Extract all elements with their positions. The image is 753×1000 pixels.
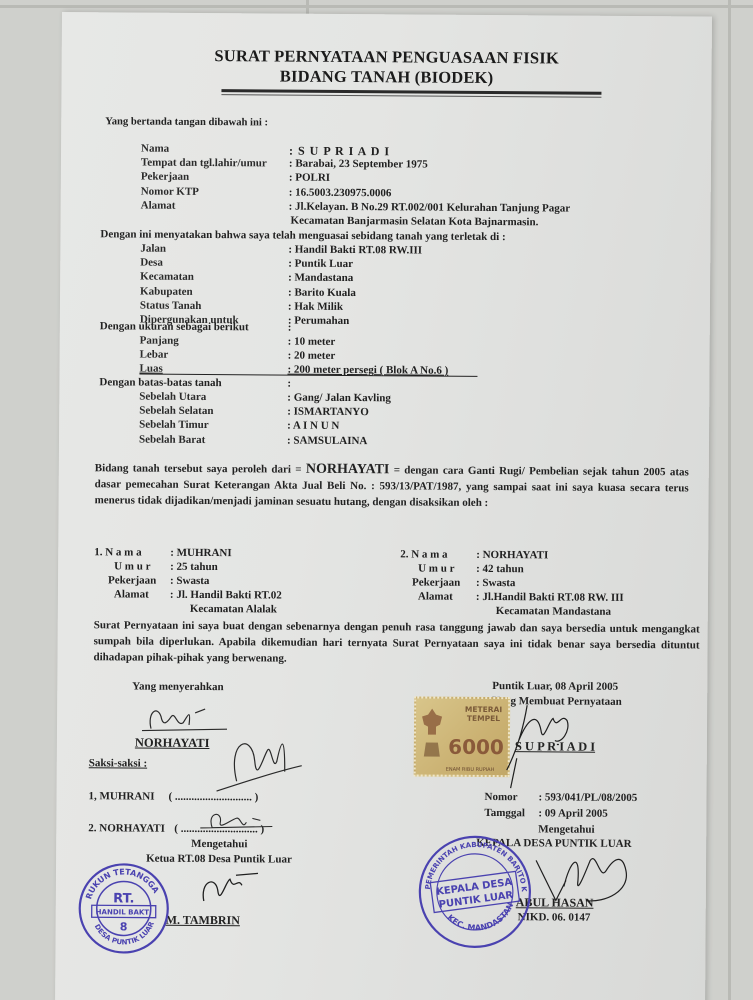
location-section: Jalan: Handil Bakti RT.08 RW.IIIDesa: Pu… bbox=[62, 12, 712, 17]
document-page: SURAT PERNYATAAN PENGUASAAN FISIK BIDANG… bbox=[55, 12, 712, 1000]
border-field-label: Sebelah Timur bbox=[139, 419, 209, 431]
declarant-field-value: : 16.5003.230975.0006 bbox=[289, 186, 392, 199]
rt-official-stamp: RUKUN TETANGGA DESA PUNTIK LUAR RT. HAND… bbox=[75, 860, 172, 957]
nomor-label: Nomor bbox=[484, 791, 517, 803]
declarant-address-line2: Kecamatan Banjarmasin Selatan Kota Bajna… bbox=[291, 215, 539, 229]
location-intro: Dengan ini menyatakan bahwa saya telah m… bbox=[100, 228, 505, 243]
size-colon: : bbox=[288, 322, 292, 334]
rt-signature bbox=[196, 871, 266, 911]
rt-stamp-center: RT. bbox=[113, 891, 134, 906]
witness-address: : Jl.Handil Bakti RT.08 RW. III bbox=[476, 591, 624, 604]
witness-age: : 42 tahun bbox=[476, 563, 524, 575]
border-field-label: Sebelah Utara bbox=[139, 391, 206, 403]
acquisition-paragraph: Bidang tanah tersebut saya peroleh dari … bbox=[95, 460, 689, 512]
witness-job-label: Pekerjaan bbox=[108, 574, 156, 586]
border-field-value: : A I N U N bbox=[287, 420, 339, 432]
witnesses-label: Saksi-saksi : bbox=[89, 757, 147, 769]
witness-age-label: U m u r bbox=[418, 562, 454, 574]
witness-name: : MUHRANI bbox=[170, 547, 232, 559]
village-official-stamp: PEMERINTAH KABUPATEN BARITO KUALA KEC. M… bbox=[415, 832, 534, 951]
place-date: Puntik Luar, 08 April 2005 bbox=[492, 680, 618, 693]
location-field-label: Desa bbox=[140, 257, 163, 269]
witness-job: : Swasta bbox=[476, 577, 516, 589]
witness2-signature bbox=[196, 808, 276, 839]
revenue-stamp: METERAITEMPEL 6000 ENAM RIBU RUPIAH bbox=[414, 696, 511, 777]
nomor-value: : 593/041/PL/08/2005 bbox=[538, 791, 637, 804]
witness1-name: 1, MUHRANI bbox=[88, 790, 154, 802]
witness-address-line2: Kecamatan Alalak bbox=[190, 603, 277, 616]
title-rule-thin bbox=[221, 94, 601, 98]
tanggal-label: Tamggal bbox=[484, 807, 525, 819]
witness-address-label: Alamat bbox=[418, 590, 453, 602]
border-field-value: : ISMARTANYO bbox=[287, 406, 369, 419]
location-field-value: : Puntik Luar bbox=[288, 258, 353, 270]
tanggal-value: : 09 April 2005 bbox=[538, 807, 607, 819]
witness-name: : NORHAYATI bbox=[476, 549, 548, 562]
witness-name-label: 1. N a m a bbox=[94, 546, 141, 558]
size-field-label: Panjang bbox=[140, 335, 179, 347]
rt-known-label: Mengetahui bbox=[191, 838, 247, 850]
closing-paragraph: Surat Pernyataan ini saya buat dengan se… bbox=[93, 617, 699, 669]
border-field-label: Sebelah Barat bbox=[139, 433, 205, 445]
size-field-label: Lebar bbox=[140, 349, 169, 361]
declarant-field-label: Nomor KTP bbox=[141, 185, 199, 197]
location-field-label: Kabupaten bbox=[140, 285, 193, 297]
giver-label: Yang menyerahkan bbox=[132, 681, 223, 694]
location-field-label: Kecamatan bbox=[140, 271, 194, 283]
witness-job-label: Pekerjaan bbox=[412, 576, 460, 588]
size-field-value: : 20 meter bbox=[288, 350, 336, 362]
declarant-field-value: : Jl.Kelayan. B No.29 RT.002/001 Kelurah… bbox=[289, 200, 571, 214]
border-field-label: Sebelah Selatan bbox=[139, 405, 213, 418]
location-field-value: : Hak Milik bbox=[288, 300, 343, 312]
location-field-value: : Handil Bakti RT.08 RW.III bbox=[288, 244, 422, 257]
revenue-stamp-value: 6000 bbox=[448, 735, 504, 759]
acquisition-text-1: Bidang tanah tersebut saya peroleh dari … bbox=[95, 462, 306, 475]
declarant-field-label: Pekerjaan bbox=[141, 171, 189, 183]
village-known-label: Mengetahui bbox=[538, 823, 594, 835]
declarant-field-label: Tempat dan tgl.lahir/umur bbox=[141, 157, 267, 170]
garuda-emblem-icon bbox=[420, 705, 444, 765]
borders-colon: : bbox=[287, 378, 291, 390]
tile-grout bbox=[0, 5, 753, 8]
location-field-value: : Perumahan bbox=[288, 315, 350, 327]
border-field-value: : SAMSULAINA bbox=[287, 434, 367, 447]
declarant-field-label: Alamat bbox=[141, 199, 176, 211]
location-field-value: : Barito Kuala bbox=[288, 286, 356, 298]
witness-age: : 25 tahun bbox=[170, 561, 218, 573]
witness-address-label: Alamat bbox=[114, 588, 149, 600]
declarant-field-value: : Barabai, 23 September 1975 bbox=[289, 158, 428, 171]
location-field-label: Jalan bbox=[140, 243, 166, 255]
border-field-value: : Gang/ Jalan Kavling bbox=[287, 392, 391, 405]
witness-age-label: U m u r bbox=[114, 560, 150, 572]
witness-address: : Jl. Handil Bakti RT.02 bbox=[170, 589, 282, 602]
rt-stamp-number: 8 bbox=[120, 920, 128, 933]
location-field-value: : Mandastana bbox=[288, 272, 353, 284]
document-title-line2: BIDANG TANAH (BIODEK) bbox=[61, 65, 711, 90]
witness-address-line2: Kecamatan Mandastana bbox=[496, 605, 611, 618]
size-field-value: : 10 meter bbox=[288, 336, 336, 348]
declarant-field-label: Nama bbox=[141, 143, 169, 155]
witness2-name: 2. NORHAYATI bbox=[88, 822, 165, 835]
tile-grout bbox=[728, 0, 731, 1000]
size-intro: Dengan ukuran sebagai berikut bbox=[100, 320, 249, 333]
seller-name: NORHAYATI bbox=[306, 462, 390, 478]
maker-name: S U P R I A D I bbox=[515, 739, 595, 755]
revenue-stamp-words: ENAM RIBU RUPIAH bbox=[446, 767, 495, 773]
declarant-field-value: : POLRI bbox=[289, 172, 330, 184]
giver-name: NORHAYATI bbox=[135, 736, 210, 752]
borders-section: Sebelah Utara: Gang/ Jalan KavlingSebela… bbox=[62, 12, 712, 17]
witness1-sign-blank: ( ............................ ) bbox=[168, 791, 258, 804]
witness-job: : Swasta bbox=[170, 575, 210, 587]
intro-text: Yang bertanda tangan dibawah ini : bbox=[105, 116, 268, 128]
size-section: Panjang: 10 meterLebar: 20 meterLuas: 20… bbox=[62, 12, 712, 17]
declarant-section: Nama: S U P R I A D ITempat dan tgl.lahi… bbox=[62, 12, 712, 17]
witness-name-label: 2. N a m a bbox=[400, 548, 447, 560]
witnesses-section: 1. N a m a: MUHRANIU m u r: 25 tahunPeke… bbox=[62, 12, 712, 17]
rt-stamp-band: HANDIL BAKTI bbox=[96, 908, 152, 916]
rt-name: M. TAMBRIN bbox=[166, 913, 240, 929]
location-field-label: Status Tanah bbox=[140, 299, 202, 311]
borders-intro: Dengan batas-batas tanah bbox=[99, 376, 221, 389]
